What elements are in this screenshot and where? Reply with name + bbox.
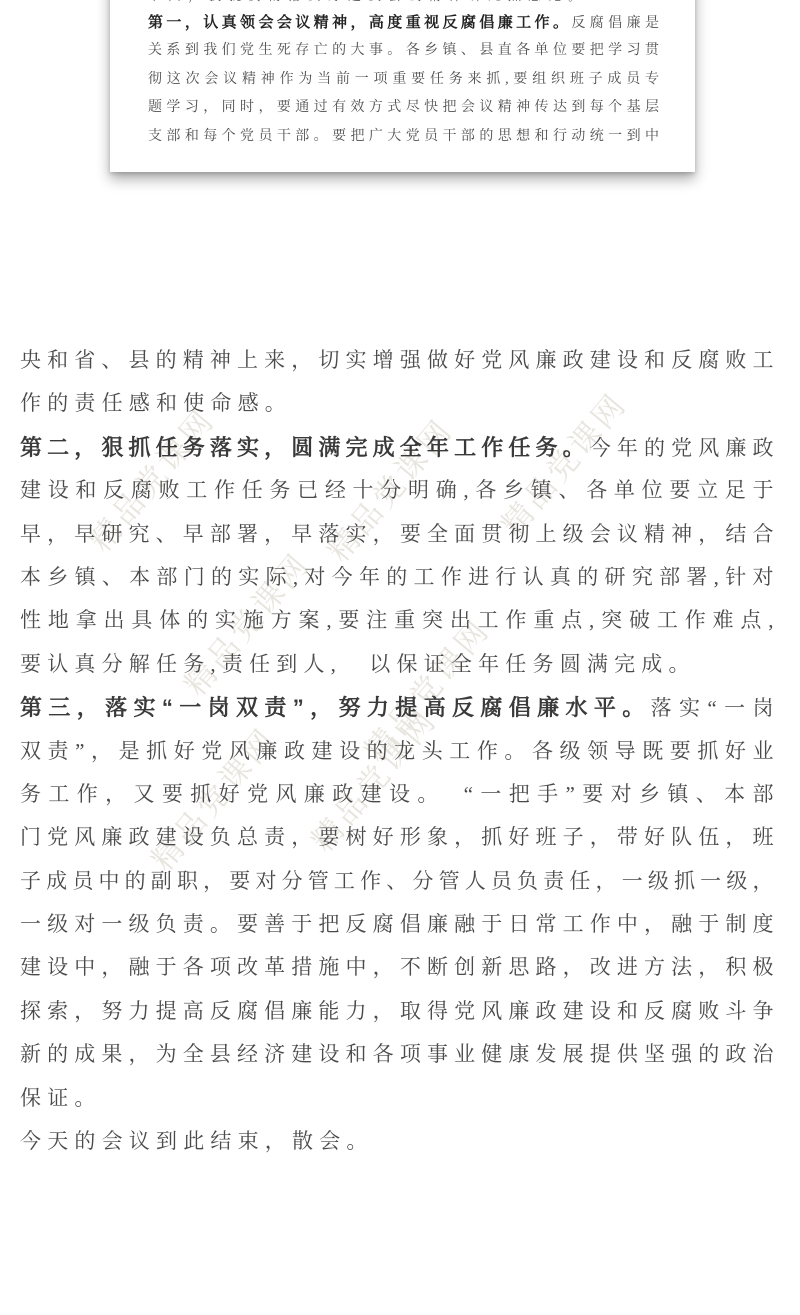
card-line-text: 反腐倡廉是 xyxy=(571,16,662,31)
doc-line-text: 作的责任感和使命感。 xyxy=(20,391,292,415)
doc-line-text: 建设中，融于各项改革措施中，不断创新思路，改进方法，积极 xyxy=(20,955,778,979)
card-line-text: 题学习，同时，要通过有效方式尽快把会议精神传达到每个基层 xyxy=(148,100,662,115)
doc-line: 要认真分解任务,责任到人, 以保证全年任务圆满完成。 xyxy=(20,643,778,686)
card-line: 支部和每个党员干部。要把广大党员干部的思想和行动统一到中 xyxy=(148,123,662,151)
card-line: 题学习，同时，要通过有效方式尽快把会议精神传达到每个基层 xyxy=(148,94,662,122)
card-line: 第一，认真领会会议精神，高度重视反腐倡廉工作。反腐倡廉是 xyxy=(148,9,662,37)
doc-line-text: 探索，努力提高反腐倡廉能力，取得党风廉政建设和反腐败斗争 xyxy=(20,999,778,1023)
doc-line-text: 今年的党风廉政 xyxy=(590,436,778,460)
doc-line-text: 建设和反腐败工作任务已经十分明确,各乡镇、各单位要立足于 xyxy=(20,478,778,502)
doc-line: 一级对一级负责。要善于把反腐倡廉融于日常工作中，融于制度 xyxy=(20,903,778,946)
doc-line-text: 今天的会议到此结束，散会。 xyxy=(20,1129,374,1153)
clipped-top-line-text: 下面，我就贯彻落实好这次会议精神讲几点意见。 xyxy=(148,0,662,5)
doc-line: 新的成果，为全县经济建设和各项事业健康发展提供坚强的政治 xyxy=(20,1033,778,1076)
doc-line-text: 本乡镇、本部门的实际,对今年的工作进行认真的研究部署,针对 xyxy=(20,565,778,589)
doc-line-text: 子成员中的副职，要对分管工作、分管人员负责任，一级抓一级， xyxy=(20,869,778,893)
doc-line-text: 要认真分解任务,责任到人, 以保证全年任务圆满完成。 xyxy=(20,652,696,676)
doc-line: 务工作，又要抓好党风廉政建设。 “一把手”要对乡镇、本部 xyxy=(20,773,778,816)
doc-line-text: 早，早研究、早部署，早落实，要全面贯彻上级会议精神，结合 xyxy=(20,522,778,546)
page-preview-card[interactable]: 下面，我就贯彻落实好这次会议精神讲几点意见。 第一，认真领会会议精神，高度重视反… xyxy=(110,0,695,172)
doc-line: 早，早研究、早部署，早落实，要全面贯彻上级会议精神，结合 xyxy=(20,513,778,556)
card-line-text: 彻这次会议精神作为当前一项重要任务来抓,要组织班子成员专 xyxy=(148,72,662,87)
document-body: 央和省、县的精神上来，切实增强做好党风廉政建设和反腐败工作的责任感和使命感。第二… xyxy=(20,339,778,1163)
doc-line-text: 落实“一岗 xyxy=(651,696,778,720)
card-line: 彻这次会议精神作为当前一项重要任务来抓,要组织班子成员专 xyxy=(148,66,662,94)
doc-line-text: 央和省、县的精神上来，切实增强做好党风廉政建设和反腐败工 xyxy=(20,348,778,372)
doc-bold-lead: 第二，狠抓任务落实，圆满完成全年工作任务。 xyxy=(20,435,590,460)
clipped-top-line: 下面，我就贯彻落实好这次会议精神讲几点意见。 xyxy=(148,0,662,9)
doc-line: 作的责任感和使命感。 xyxy=(20,382,778,425)
doc-line: 探索，努力提高反腐倡廉能力，取得党风廉政建设和反腐败斗争 xyxy=(20,990,778,1033)
card-bold-lead: 第一，认真领会会议精神，高度重视反腐倡廉工作。 xyxy=(148,14,571,31)
card-line-text: 支部和每个党员干部。要把广大党员干部的思想和行动统一到中 xyxy=(148,129,662,144)
doc-line: 性地拿出具体的实施方案,要注重突出工作重点,突破工作难点, xyxy=(20,599,778,642)
doc-line: 央和省、县的精神上来，切实增强做好党风廉政建设和反腐败工 xyxy=(20,339,778,382)
doc-line: 第三，落实“一岗双责”，努力提高反腐倡廉水平。落实“一岗 xyxy=(20,686,778,729)
doc-line-text: 双责”，是抓好党风廉政建设的龙头工作。各级领导既要抓好业 xyxy=(20,739,778,763)
doc-line-text: 门党风廉政建设负总责，要树好形象，抓好班子，带好队伍，班 xyxy=(20,825,778,849)
doc-line: 本乡镇、本部门的实际,对今年的工作进行认真的研究部署,针对 xyxy=(20,556,778,599)
doc-line: 建设中，融于各项改革措施中，不断创新思路，改进方法，积极 xyxy=(20,946,778,989)
doc-line: 第二，狠抓任务落实，圆满完成全年工作任务。今年的党风廉政 xyxy=(20,426,778,469)
document-preview-page: 精品党课网精品党课网精品党课网精品党课网精品党课网精品党课网精品党课网 下面，我… xyxy=(0,0,800,1315)
doc-line: 今天的会议到此结束，散会。 xyxy=(20,1120,778,1163)
doc-line-text: 保证。 xyxy=(20,1086,102,1110)
card-line: 关系到我们党生死存亡的大事。各乡镇、县直各单位要把学习贯 xyxy=(148,37,662,65)
doc-line: 保证。 xyxy=(20,1077,778,1120)
card-text-block: 第一，认真领会会议精神，高度重视反腐倡廉工作。反腐倡廉是关系到我们党生死存亡的大… xyxy=(148,9,662,151)
doc-line: 建设和反腐败工作任务已经十分明确,各乡镇、各单位要立足于 xyxy=(20,469,778,512)
doc-line-text: 务工作，又要抓好党风廉政建设。 “一把手”要对乡镇、本部 xyxy=(20,782,778,806)
doc-line: 双责”，是抓好党风廉政建设的龙头工作。各级领导既要抓好业 xyxy=(20,730,778,773)
doc-bold-lead: 第三，落实“一岗双责”，努力提高反腐倡廉水平。 xyxy=(20,695,651,720)
doc-line: 子成员中的副职，要对分管工作、分管人员负责任，一级抓一级， xyxy=(20,860,778,903)
doc-line-text: 性地拿出具体的实施方案,要注重突出工作重点,突破工作难点, xyxy=(20,608,778,632)
doc-line-text: 一级对一级负责。要善于把反腐倡廉融于日常工作中，融于制度 xyxy=(20,912,778,936)
doc-line: 门党风廉政建设负总责，要树好形象，抓好班子，带好队伍，班 xyxy=(20,816,778,859)
doc-line-text: 新的成果，为全县经济建设和各项事业健康发展提供坚强的政治 xyxy=(20,1042,778,1066)
card-line-text: 关系到我们党生死存亡的大事。各乡镇、县直各单位要把学习贯 xyxy=(148,43,662,58)
